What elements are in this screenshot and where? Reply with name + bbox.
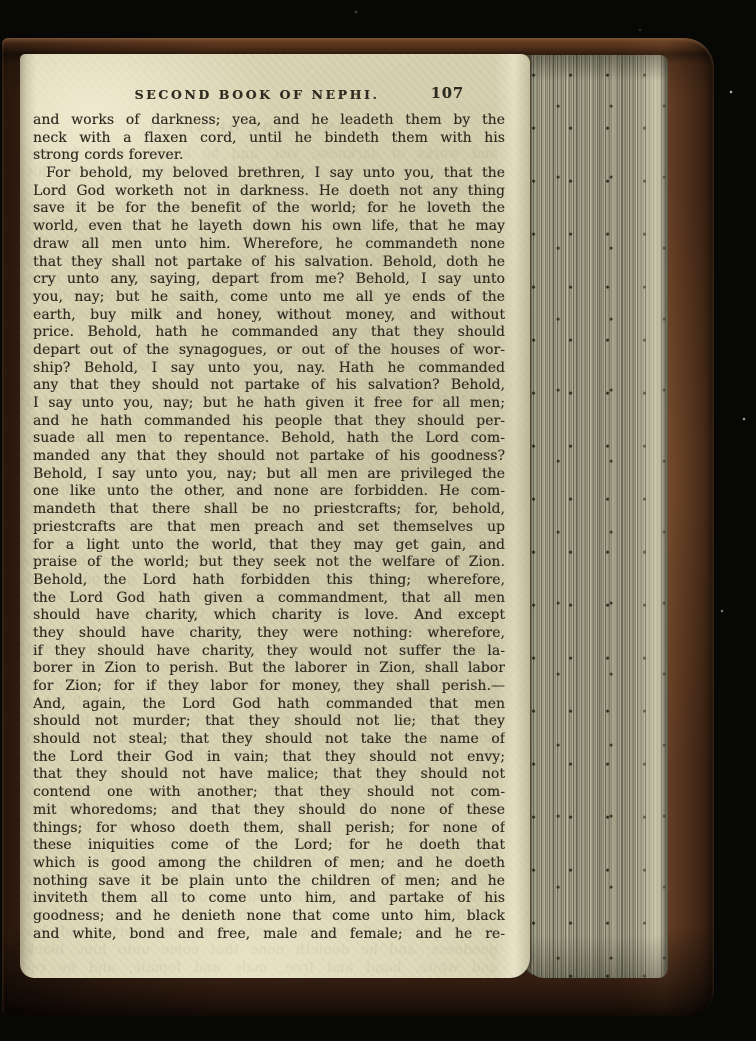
edge-letter-fragment: r — [3, 118, 14, 128]
text-line: draw all men unto him. Wherefore, he com… — [33, 236, 505, 254]
edge-letter-fragment: l — [3, 168, 14, 178]
page-body: and works of darkness; yea, and he leade… — [33, 112, 505, 943]
edge-letter-fragment: e — [3, 518, 14, 528]
text-line: that they should not have malice; that t… — [33, 766, 505, 784]
edge-letter-fragment: d — [3, 368, 14, 378]
text-line: strong cords forever. — [33, 147, 505, 165]
text-line: one like unto the other, and none are fo… — [33, 483, 505, 501]
text-line: if they should have charity, they would … — [33, 643, 505, 661]
running-title: SECOND BOOK OF NEPHI. — [135, 87, 380, 102]
text-line: priestcrafts are that men preach and set… — [33, 519, 505, 537]
text-line: the Lord God hath given a commandment, t… — [33, 590, 505, 608]
text-line: any that they should not partake of his … — [33, 377, 505, 395]
text-line: depart out of the synagogues, or out of … — [33, 342, 505, 360]
text-line: which is good among the children of men;… — [33, 855, 505, 873]
edge-letter-fragment: p — [3, 268, 14, 278]
text-line: for a light unto the world, that they ma… — [33, 537, 505, 555]
edge-letter-fragment: , — [3, 768, 14, 778]
text-line: these iniquities come of the Lord; for h… — [33, 837, 505, 855]
text-line: should not steal; that they should not t… — [33, 731, 505, 749]
text-line: mit whoredoms; and that they should do n… — [33, 802, 505, 820]
text-line: for Zion; for if they labor for money, t… — [33, 678, 505, 696]
text-line: the Lord their God in vain; that they sh… — [33, 749, 505, 767]
facing-page-edge-letters: rlepedefe;erf, — [2, 118, 14, 778]
edge-letter-fragment: e — [3, 318, 14, 328]
text-line: earth, buy milk and honey, without money… — [33, 307, 505, 325]
page-number: 107 — [431, 85, 464, 102]
text-line: praise of the world; but they seek not t… — [33, 554, 505, 572]
edge-letter-fragment: f — [3, 468, 14, 478]
text-line: save it be for the benefit of the world;… — [33, 200, 505, 218]
book-page: SECOND BOOK OF NEPHI. and works of darkn… — [20, 54, 530, 978]
book-fore-edge-pages — [519, 55, 668, 978]
text-line: neck with a flaxen cord, until he bindet… — [33, 130, 505, 148]
text-line: should not murder; that they should not … — [33, 713, 505, 731]
running-header: SECOND BOOK OF NEPHI. 107 — [33, 87, 505, 104]
text-line: mandeth that there shall be no priestcra… — [33, 501, 505, 519]
text-line: For behold, my beloved brethren, I say u… — [33, 165, 505, 183]
edge-letter-fragment: e — [3, 418, 14, 428]
text-line: and white, bond and free, male and femal… — [33, 926, 505, 944]
text-line: and works of darkness; yea, and he leade… — [33, 112, 505, 130]
text-column: SECOND BOOK OF NEPHI. 107 and works of d… — [33, 54, 505, 943]
ghost-text-line: and white, bond and free, male and femal… — [26, 960, 498, 978]
text-line: should have charity, which charity is lo… — [33, 607, 505, 625]
text-line: goodness; and he denieth none that come … — [33, 908, 505, 926]
text-line: suade all men to repentance. Behold, hat… — [33, 430, 505, 448]
text-line: and he hath commanded his people that th… — [33, 413, 505, 431]
text-line: ship? Behold, I say unto you, nay. Hath … — [33, 360, 505, 378]
text-line: inviteth them all to come unto him, and … — [33, 890, 505, 908]
ghost-text-line: goodness; and he denieth none that come … — [26, 942, 498, 960]
edge-letter-fragment: f — [3, 718, 14, 728]
text-line: you, nay; but he saith, come unto me all… — [33, 289, 505, 307]
text-line: I say unto you, nay; but he hath given i… — [33, 395, 505, 413]
text-line: And, again, the Lord God hath commanded … — [33, 696, 505, 714]
text-line: borer in Zion to perish. But the laborer… — [33, 660, 505, 678]
text-line: contend one with another; that they shou… — [33, 784, 505, 802]
edge-letter-fragment: e — [3, 618, 14, 628]
text-line: Behold, I say unto you, nay; but all men… — [33, 466, 505, 484]
edge-letter-fragment: ; — [3, 568, 14, 578]
text-line: nothing save it be plain unto the childr… — [33, 873, 505, 891]
text-line: Lord God worketh not in darkness. He doe… — [33, 183, 505, 201]
text-line: manded any that they should not partake … — [33, 448, 505, 466]
text-line: things; for whoso doeth them, shall peri… — [33, 820, 505, 838]
edge-letter-fragment: r — [3, 668, 14, 678]
text-line: that they shall not partake of his salva… — [33, 254, 505, 272]
text-line: cry unto any, saying, depart from me? Be… — [33, 271, 505, 289]
book-photograph: rlepedefe;erf, SECOND BOOK OF NEPHI. and… — [0, 0, 756, 1041]
edge-letter-fragment: e — [3, 218, 14, 228]
text-line: Behold, the Lord hath forbidden this thi… — [33, 572, 505, 590]
text-line: price. Behold, hath he commanded any tha… — [33, 324, 505, 342]
text-line: they should have charity, they were noth… — [33, 625, 505, 643]
text-line: world, even that he layeth down his own … — [33, 218, 505, 236]
